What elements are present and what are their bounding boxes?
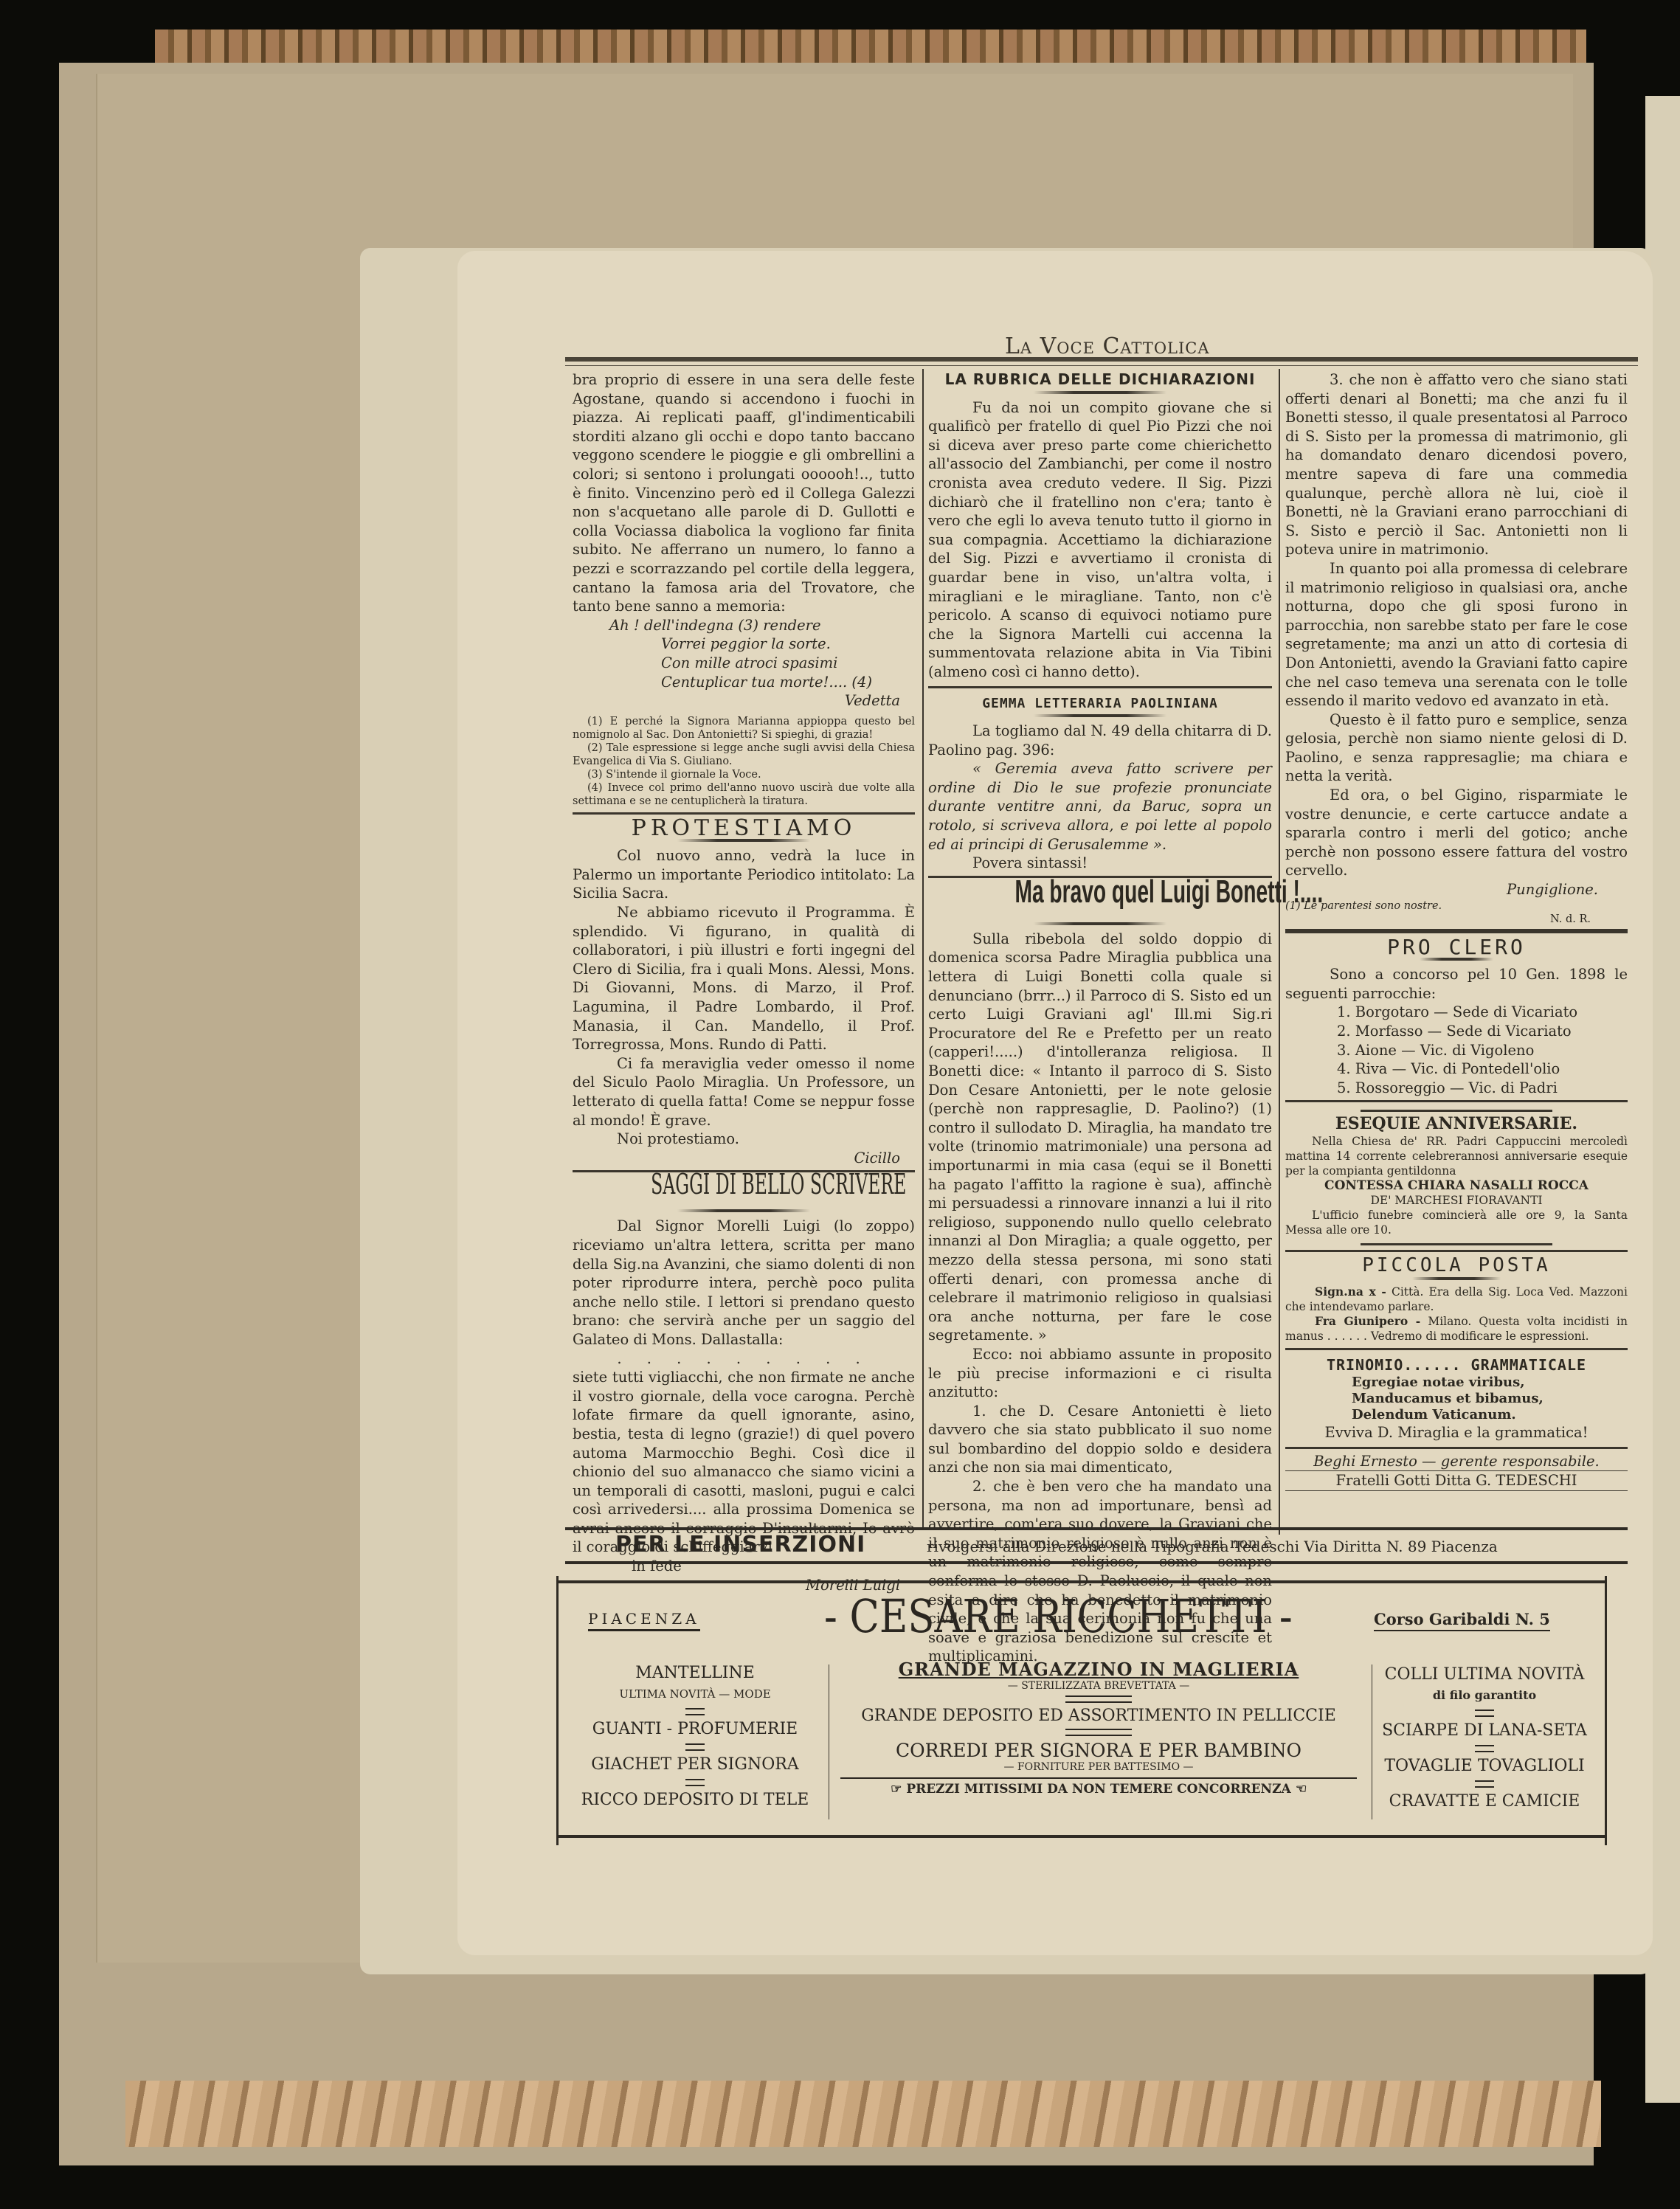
posta-recipient: Sign.na x - xyxy=(1315,1285,1386,1299)
masthead: La Voce Cattolica xyxy=(1005,333,1210,359)
column-3: 3. che non è affatto vero che siano stat… xyxy=(1285,370,1628,1491)
parish-item: 4. Riva — Vic. di Pontedell'olio xyxy=(1337,1059,1628,1079)
title-ornament xyxy=(1412,1277,1501,1280)
parish-list: 1. Borgotaro — Sede di Vicariato 2. Morf… xyxy=(1285,1003,1628,1097)
section-rule xyxy=(1285,1490,1628,1491)
ad-right-column: COLLI ULTIMA NOVITÀ di filo garantito SC… xyxy=(1377,1664,1591,1812)
posta-recipient: Fra Giunipero - xyxy=(1315,1314,1420,1328)
ad-item: GIACHET PER SIGNORA xyxy=(573,1755,817,1775)
article-continuation: bra proprio di essere in una sera delle … xyxy=(573,370,915,616)
verse-line: Delendum Vaticanum. xyxy=(1352,1407,1628,1423)
signature: Cicillo xyxy=(573,1149,915,1168)
paragraph: 1. che D. Cesare Antonietti è lieto davv… xyxy=(928,1402,1272,1477)
title-ornament xyxy=(677,1209,810,1212)
paragraph: Evviva D. Miraglia e la grammatica! xyxy=(1285,1423,1628,1442)
footnote: (2) Tale espressione si legge anche sugl… xyxy=(573,741,915,768)
footnote: (1) E perché la Signora Marianna appiopp… xyxy=(573,715,915,741)
book-board-bottom-edge xyxy=(125,2081,1601,2147)
paragraph: La togliamo dal N. 49 della chitarra di … xyxy=(928,722,1272,759)
ad-item: RICCO DEPOSITO DI TELE xyxy=(573,1790,817,1811)
ad-item: GUANTI - PROFUMERIE xyxy=(573,1719,817,1740)
ad-divider xyxy=(829,1664,829,1819)
paragraph: 3. che non è affatto vero che siano stat… xyxy=(1285,370,1628,559)
paragraph: Ne abbiamo ricevuto il Programma. È sple… xyxy=(573,903,915,1054)
paragraph: In quanto poi alla promessa di celebrare… xyxy=(1285,559,1628,711)
ellipsis: . . . . . . . . . xyxy=(573,1349,915,1369)
posta-item: Sign.na x - Città. Era della Sig. Loca V… xyxy=(1285,1285,1628,1314)
editor-note: N. d. R. xyxy=(1285,913,1628,926)
signature: Vedetta xyxy=(573,691,915,711)
deceased-name: CONTESSA CHIARA NASALLI ROCCA xyxy=(1285,1178,1628,1193)
section-rule xyxy=(1285,1348,1628,1350)
quotation: « Geremia aveva fatto scrivere per ordin… xyxy=(928,759,1272,854)
double-rule-icon xyxy=(1475,1710,1494,1717)
double-rule-icon xyxy=(685,1708,705,1715)
paragraph: Ecco: noi abbiamo assunte in proposito l… xyxy=(928,1345,1272,1402)
double-rule-icon xyxy=(685,1779,705,1786)
title-ornament xyxy=(1034,922,1166,925)
ad-city: PIACENZA xyxy=(588,1610,700,1631)
section-rule xyxy=(1285,1250,1628,1252)
section-rule xyxy=(1285,1447,1628,1449)
ad-prezzi: PREZZI MITISSIMI DA NON TEMERE CONCORREN… xyxy=(906,1782,1290,1797)
paragraph: Col nuovo anno, vedrà la luce in Palermo… xyxy=(573,846,915,903)
gerente-responsabile: Beghi Ernesto — gerente responsabile. xyxy=(1285,1452,1628,1471)
double-rule-icon xyxy=(1475,1745,1494,1752)
verse-line: Egregiae notae viribus, xyxy=(1352,1375,1628,1391)
paragraph: Ci fa meraviglia veder omesso il nome de… xyxy=(573,1054,915,1130)
insertions-label: PER LE INSERZIONI xyxy=(615,1532,865,1558)
paragraph: Dal Signor Morelli Luigi (lo zoppo) rice… xyxy=(573,1217,915,1349)
saggi-title-text: SAGGI DI BELLO SCRIVERE xyxy=(651,1175,906,1195)
section-title-piccola-posta: PICCOLA POSTA xyxy=(1285,1256,1628,1276)
section-title-gemma: GEMMA LETTERARIA PAOLINIANA xyxy=(928,694,1272,713)
signature: Pungiglione. xyxy=(1285,880,1628,899)
esequie-text: Nella Chiesa de' RR. Padri Cappuccini me… xyxy=(1285,1134,1628,1237)
ad-item: SCIARPE DI LANA-SETA xyxy=(1377,1721,1591,1741)
section-rule-short xyxy=(1361,1110,1552,1112)
footnote: (1) Le parentesi sono nostre. xyxy=(1285,899,1628,913)
paragraph: Nella Chiesa de' RR. Padri Cappuccini me… xyxy=(1285,1134,1628,1178)
paragraph: L'ufficio funebre comincierà alle ore 9,… xyxy=(1285,1208,1628,1237)
ad-store-name: - CESARE RICCHETTI - xyxy=(824,1589,1293,1643)
verse: Ah ! dell'indegna (3) rendere Vorrei peg… xyxy=(573,616,915,691)
parish-item: 1. Borgotaro — Sede di Vicariato xyxy=(1337,1003,1628,1022)
column-2: LA RUBRICA DELLE DICHIARAZIONI Fu da noi… xyxy=(928,370,1272,1666)
ad-item-sub: di filo garantito xyxy=(1377,1685,1591,1706)
double-rule-icon xyxy=(685,1743,705,1751)
section-title-esequie: ESEQUIE ANNIVERSARIE. xyxy=(1285,1115,1628,1134)
deceased-family: DE' MARCHESI FIORAVANTI xyxy=(1285,1193,1628,1208)
insertions-text: rivolgersi alla Direzione nella Tipograf… xyxy=(927,1538,1498,1555)
section-rule xyxy=(1285,1100,1628,1102)
column-divider xyxy=(1279,369,1280,1535)
pointing-hand-icon: ☞ xyxy=(891,1782,902,1797)
column-1: bra proprio di essere in una sera delle … xyxy=(573,370,915,1594)
verse-line: Ah ! dell'indegna (3) rendere xyxy=(609,616,915,635)
header-rule xyxy=(565,357,1638,362)
section-title-saggi: SAGGI DI BELLO SCRIVERE xyxy=(573,1175,915,1208)
ad-corredi: CORREDI PER SIGNORA E PER BAMBINO xyxy=(833,1740,1364,1761)
double-rule-icon xyxy=(1065,1695,1132,1703)
footnote: (4) Invece col primo dell'anno nuovo usc… xyxy=(573,781,915,808)
ad-item: TOVAGLIE TOVAGLIOLI xyxy=(1377,1756,1591,1777)
parish-item: 5. Rossoreggio — Vic. di Padri xyxy=(1337,1079,1628,1098)
paragraph: Ed ora, o bel Gigino, risparmiate le vos… xyxy=(1285,786,1628,880)
ad-rule-bottom xyxy=(559,1835,1605,1838)
ad-corredi-sub: — FORNITURE PER BATTESIMO — xyxy=(833,1761,1364,1773)
piccola-posta-list: Sign.na x - Città. Era della Sig. Loca V… xyxy=(1285,1285,1628,1344)
printer: Fratelli Gotti Ditta G. TEDESCHI xyxy=(1285,1471,1628,1490)
section-title-rubrica: LA RUBRICA DELLE DICHIARAZIONI xyxy=(928,370,1272,390)
ad-left-column: MANTELLINE ULTIMA NOVITÀ — MODE GUANTI -… xyxy=(573,1663,817,1811)
section-rule-short xyxy=(1361,1243,1552,1245)
section-rule xyxy=(1285,1470,1628,1471)
footnotes: (1) E perché la Signora Marianna appiopp… xyxy=(573,715,915,808)
ad-rule-top xyxy=(559,1580,1605,1583)
paragraph: Povera sintassi! xyxy=(928,854,1272,873)
section-title-trinomio: TRINOMIO...... GRAMMATICALE xyxy=(1285,1356,1628,1375)
paragraph: Fu da noi un compito giovane che si qual… xyxy=(928,398,1272,682)
ad-magazzino-sub: — STERILIZZATA BREVETTATA — xyxy=(833,1680,1364,1692)
ad-center-column: GRANDE MAGAZZINO IN MAGLIERIA — STERILIZ… xyxy=(833,1659,1364,1797)
paragraph: Sono a concorso pel 10 Gen. 1898 le segu… xyxy=(1285,965,1628,1003)
header-rule-thin xyxy=(565,365,1638,366)
latin-verse: Egregiae notae viribus, Manducamus et bi… xyxy=(1285,1375,1628,1423)
double-rule-icon xyxy=(1065,1729,1132,1736)
section-title-bonetti: Ma bravo quel Luigi Bonetti !.... xyxy=(928,882,1272,921)
section-rule xyxy=(928,686,1272,688)
parish-item: 3. Aione — Vic. di Vigoleno xyxy=(1337,1041,1628,1060)
section-rule xyxy=(1285,929,1628,933)
verse-line: Manducamus et bibamus, xyxy=(1352,1391,1628,1407)
verse-line: Con mille atroci spasimi xyxy=(609,654,915,673)
footnote: (3) S'intende il giornale la Voce. xyxy=(573,768,915,781)
insertions-bar: PER LE INSERZIONI rivolgersi alla Direzi… xyxy=(565,1527,1628,1564)
title-ornament xyxy=(1034,714,1166,717)
ad-divider xyxy=(1372,1664,1372,1819)
paragraph: Sulla ribebola del soldo doppio di domen… xyxy=(928,930,1272,1345)
section-title-protestiamo: PROTESTIAMO xyxy=(573,819,915,838)
paragraph: Noi protestiamo. xyxy=(573,1130,915,1149)
ad-item: MANTELLINE xyxy=(573,1663,817,1684)
column-divider xyxy=(922,369,924,1527)
ad-item: COLLI ULTIMA NOVITÀ xyxy=(1377,1664,1591,1685)
section-rule xyxy=(573,812,915,815)
bonetti-title-text: Ma bravo quel Luigi Bonetti !.... xyxy=(1014,882,1323,902)
verse-line: Centuplicar tua morte!.... (4) xyxy=(609,673,915,692)
paragraph: Questo è il fatto puro e semplice, senza… xyxy=(1285,711,1628,786)
double-rule-icon xyxy=(1475,1780,1494,1788)
verse-line: Vorrei peggior la sorte. xyxy=(609,635,915,654)
ad-magazzino: GRANDE MAGAZZINO IN MAGLIERIA xyxy=(833,1659,1364,1680)
posta-item: Fra Giunipero - Milano. Questa volta inc… xyxy=(1285,1314,1628,1344)
pointing-hand-icon-reversed: ☞ xyxy=(1296,1782,1307,1797)
advertisement-cesare-ricchetti: PIACENZA - CESARE RICCHETTI - Corso Gari… xyxy=(556,1576,1607,1845)
ad-prezzi-line: ☞ PREZZI MITISSIMI DA NON TEMERE CONCORR… xyxy=(840,1777,1357,1797)
ad-item: CRAVATTE E CAMICIE xyxy=(1377,1791,1591,1812)
ad-deposito: GRANDE DEPOSITO ED ASSORTIMENTO IN PELLI… xyxy=(833,1707,1364,1725)
parish-item: 2. Morfasso — Sede di Vicariato xyxy=(1337,1022,1628,1041)
ad-address: Corso Garibaldi N. 5 xyxy=(1374,1610,1550,1631)
title-ornament xyxy=(1034,391,1166,394)
ad-item-sub: ULTIMA NOVITÀ — MODE xyxy=(573,1684,817,1704)
section-title-pro-clero: PRO CLERO xyxy=(1285,938,1628,957)
